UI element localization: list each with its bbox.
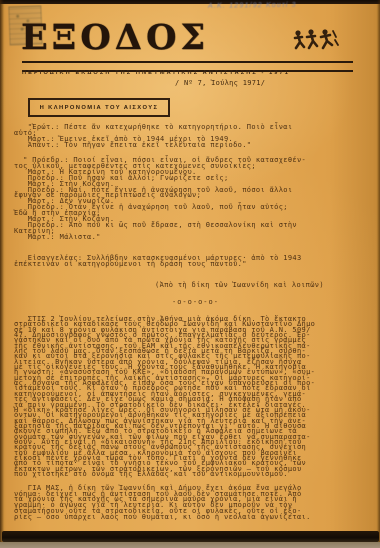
dialogue-block-1: "Ἐρώτ.: Πέστε ἄν κατεχωρήθηκε τὸ κατηγορ… xyxy=(14,125,372,149)
main-paragraph: ΣΤΙΣ 2 Ἰουλίου τελείωσε στὴν Ἀθήνα μιὰ ἀ… xyxy=(14,317,372,477)
handwritten-note: Α.Κ. 1291/92 Κουτί 3 xyxy=(208,1,358,10)
section-heading-box: Η ΚΛΗΡΟΝΟΜΙΑ ΤΟΥ ΑΙΣΧΟΥΣ xyxy=(28,98,170,117)
running-figures-icon xyxy=(289,27,339,55)
dialogue-block-2: " Πρόεδρ.: Ποιοί εἶναι, πόσοι εἶναι, οἱ … xyxy=(14,158,372,241)
scan-background-bottom xyxy=(0,542,380,548)
closing-paragraph: ΓΙΑ ΜΑΣ, ἡ δίκη τῶν Ἰωαννίδη καὶ Δήμου ἔ… xyxy=(14,486,372,520)
publication-subtitle: ΠΕΡΙΟΔΙΚΗ ΕΚΔΟΣΗ ΤΗΣ ΠΝΕΥΜΑΤΙΚΗΣ ΑΝΤΙΣΤΑ… xyxy=(22,70,352,76)
scan-edge-bottom xyxy=(2,531,379,542)
issue-number-line: / Νº 7, Ἰούλης 1971/ xyxy=(175,79,265,87)
prosecutor-block: Εἰσαγγελέας: Συλλήβδην κατασκευασμένοι μ… xyxy=(14,256,372,268)
trial-attribution: (Ἀπὸ τὴ δίκη τῶν Ἰωαννίδη καὶ λοιπῶν) xyxy=(155,283,380,289)
scanned-periodical-page: Α.Κ. 1291/92 Κουτί 3 ΕΞΟΔΟΣ ΠΕΡΙΟΔΙΚΗ ΕΚ… xyxy=(0,0,380,548)
section-heading: Η ΚΛΗΡΟΝΟΜΙΑ ΤΟΥ ΑΙΣΧΟΥΣ xyxy=(40,105,159,111)
section-separator: -ο-ο-ο-ο- xyxy=(172,300,380,306)
publication-title: ΕΞΟΔΟΣ xyxy=(21,20,209,56)
scan-edge-left xyxy=(0,0,4,548)
